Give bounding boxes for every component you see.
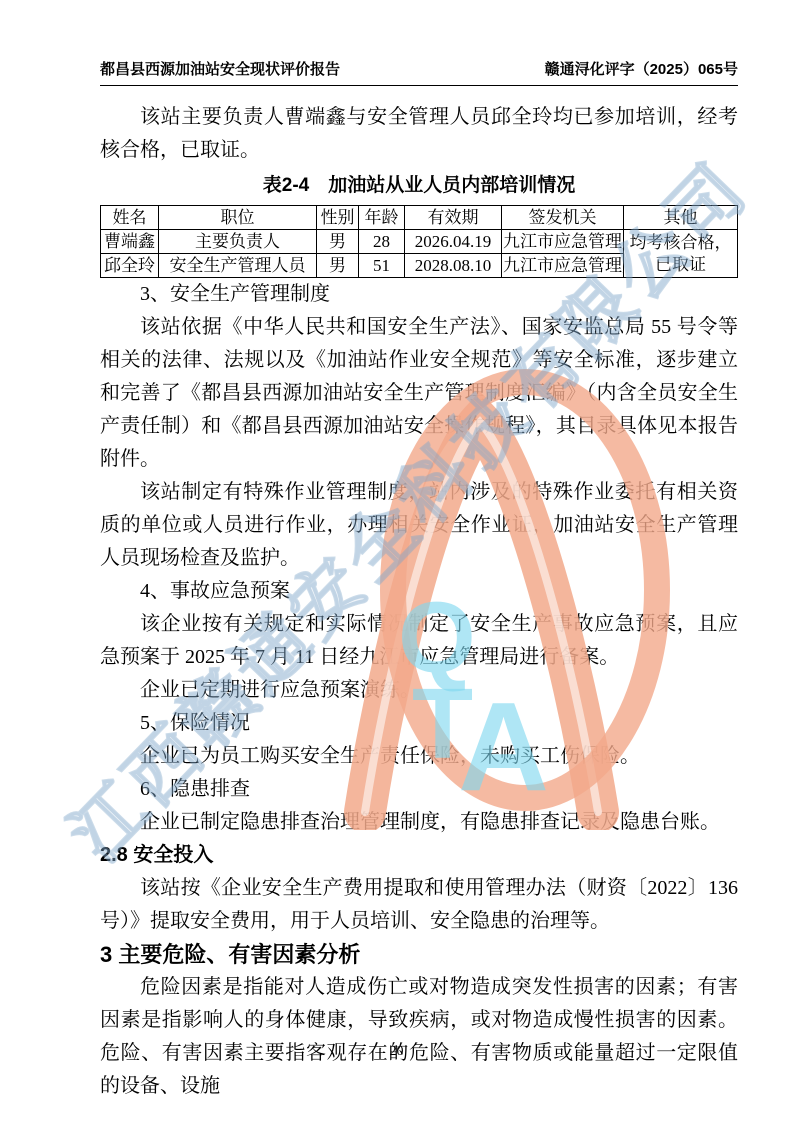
item4-title: 4、事故应急预案 (100, 575, 738, 608)
col-age: 年龄 (359, 206, 405, 230)
page-number: 20 (0, 1044, 793, 1060)
header-doc-number: 赣通浔化评字（2025）065号 (545, 60, 738, 80)
paragraph-item3-a: 该站依据《中华人民共和国安全生产法》、国家安监总局 55 号令等相关的法律、法规… (100, 311, 738, 476)
training-table: 姓名 职位 性别 年龄 有效期 签发机关 其他 曹端鑫 主要负责人 男 28 2… (100, 205, 738, 278)
document-body: 该站主要负责人曹端鑫与安全管理人员邱全玲均已参加培训，经考核合格，已取证。 表2… (100, 101, 738, 1103)
cell-position: 安全生产管理人员 (159, 254, 317, 278)
page-header: 都昌县西源加油站安全现状评价报告 赣通浔化评字（2025）065号 (100, 60, 738, 86)
col-other: 其他 (624, 206, 738, 230)
cell-age: 51 (359, 254, 405, 278)
table-header-row: 姓名 职位 性别 年龄 有效期 签发机关 其他 (101, 206, 738, 230)
section-3-heading: 3 主要危险、有害因素分析 (100, 938, 738, 971)
col-gender: 性别 (317, 206, 359, 230)
paragraph-2-8: 该站按《企业安全生产费用提取和使用管理办法（财资〔2022〕136 号）》提取安… (100, 872, 738, 938)
cell-issuer: 九江市应急管理局 (502, 230, 624, 254)
cell-issuer: 九江市应急管理局 (502, 254, 624, 278)
paragraph-item4-a: 该企业按有关规定和实际情况制定了安全生产事故应急预案，且应急预案于 2025 年… (100, 608, 738, 674)
table-caption: 表2-4 加油站从业人员内部培训情况 (100, 169, 738, 202)
document-page: 都昌县西源加油站安全现状评价报告 赣通浔化评字（2025）065号 该站主要负责… (0, 0, 793, 1122)
cell-validity: 2026.04.19 (405, 230, 502, 254)
col-issuer: 签发机关 (502, 206, 624, 230)
paragraph-item6: 企业已制定隐患排查治理管理制度，有隐患排查记录及隐患台账。 (100, 806, 738, 839)
col-position: 职位 (159, 206, 317, 230)
item6-title: 6、隐患排查 (100, 773, 738, 806)
cell-gender: 男 (317, 230, 359, 254)
section-2-8-heading: 2.8 安全投入 (100, 839, 738, 872)
cell-age: 28 (359, 230, 405, 254)
col-validity: 有效期 (405, 206, 502, 230)
table-row: 曹端鑫 主要负责人 男 28 2026.04.19 九江市应急管理局 均考核合格… (101, 230, 738, 254)
paragraph-training: 该站主要负责人曹端鑫与安全管理人员邱全玲均已参加培训，经考核合格，已取证。 (100, 101, 738, 167)
cell-position: 主要负责人 (159, 230, 317, 254)
col-name: 姓名 (101, 206, 159, 230)
paragraph-item3-b: 该站制定有特殊作业管理制度，站内涉及的特殊作业委托有相关资质的单位或人员进行作业… (100, 476, 738, 575)
cell-validity: 2028.08.10 (405, 254, 502, 278)
paragraph-item4-b: 企业已定期进行应急预案演练。 (100, 674, 738, 707)
paragraph-item5: 企业已为员工购买安全生产责任保险，未购买工伤保险。 (100, 740, 738, 773)
cell-other-merged: 均考核合格，已取证 (624, 230, 738, 278)
cell-name: 曹端鑫 (101, 230, 159, 254)
header-doc-title: 都昌县西源加油站安全现状评价报告 (100, 60, 340, 80)
item3-title: 3、安全生产管理制度 (100, 278, 738, 311)
cell-gender: 男 (317, 254, 359, 278)
paragraph-3: 危险因素是指能对人造成伤亡或对物造成突发性损害的因素；有害因素是指影响人的身体健… (100, 971, 738, 1103)
item5-title: 5、保险情况 (100, 707, 738, 740)
cell-name: 邱全玲 (101, 254, 159, 278)
